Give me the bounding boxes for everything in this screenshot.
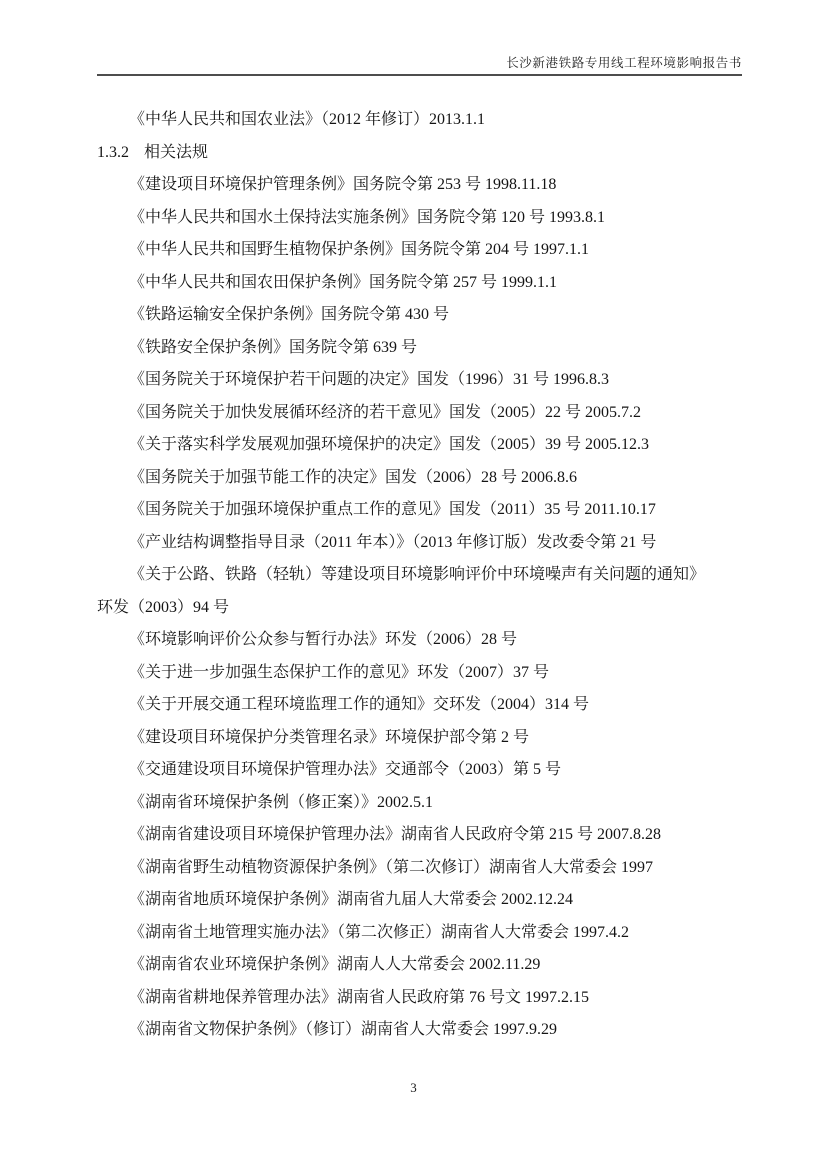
regulation-item: 《关于开展交通工程环境监理工作的通知》交环发（2004）314 号	[97, 689, 742, 722]
regulation-item: 《湖南省土地管理实施办法》（第二次修正）湖南省人大常委会 1997.4.2	[97, 917, 742, 950]
regulation-item: 《关于进一步加强生态保护工作的意见》环发（2007）37 号	[97, 657, 742, 690]
regulation-item: 《中华人民共和国野生植物保护条例》国务院令第 204 号 1997.1.1	[97, 234, 742, 267]
document-body: 《中华人民共和国农业法》（2012 年修订）2013.1.1 1.3.2相关法规…	[97, 104, 742, 1047]
regulation-item: 《湖南省野生动植物资源保护条例》（第二次修订）湖南省人大常委会 1997	[97, 852, 742, 885]
regulation-item: 《关于公路、铁路（轻轨）等建设项目环境影响评价中环境噪声有关问题的通知》	[97, 559, 742, 592]
regulation-item: 《交通建设项目环境保护管理办法》交通部令（2003）第 5 号	[97, 754, 742, 787]
regulation-item: 《国务院关于加强环境保护重点工作的意见》国发（2011）35 号 2011.10…	[97, 494, 742, 527]
section-heading: 1.3.2相关法规	[97, 137, 742, 170]
regulation-item: 《环境影响评价公众参与暂行办法》环发（2006）28 号	[97, 624, 742, 657]
regulation-item: 《湖南省环境保护条例（修正案）》2002.5.1	[97, 787, 742, 820]
regulation-item: 《湖南省农业环境保护条例》湖南人人大常委会 2002.11.29	[97, 949, 742, 982]
header-divider-rule	[97, 74, 742, 76]
regulation-item: 《湖南省建设项目环境保护管理办法》湖南省人民政府令第 215 号 2007.8.…	[97, 819, 742, 852]
regulation-item: 《建设项目环境保护管理条例》国务院令第 253 号 1998.11.18	[97, 169, 742, 202]
document-page: 长沙新港铁路专用线工程环境影响报告书 《中华人民共和国农业法》（2012 年修订…	[0, 0, 827, 1169]
regulation-item: 《国务院关于环境保护若干问题的决定》国发（1996）31 号 1996.8.3	[97, 364, 742, 397]
regulation-item: 《湖南省文物保护条例》（修订）湖南省人大常委会 1997.9.29	[97, 1014, 742, 1047]
header-title: 长沙新港铁路专用线工程环境影响报告书	[97, 53, 742, 71]
regulation-item: 《中华人民共和国农业法》（2012 年修订）2013.1.1	[97, 104, 742, 137]
regulation-item: 《铁路安全保护条例》国务院令第 639 号	[97, 332, 742, 365]
regulation-item: 《铁路运输安全保护条例》国务院令第 430 号	[97, 299, 742, 332]
regulation-item: 《产业结构调整指导目录（2011 年本）》（2013 年修订版）发改委令第 21…	[97, 527, 742, 560]
regulation-item: 《湖南省耕地保养管理办法》湖南省人民政府第 76 号文 1997.2.15	[97, 982, 742, 1015]
regulation-item: 《建设项目环境保护分类管理名录》环境保护部令第 2 号	[97, 722, 742, 755]
section-title: 相关法规	[144, 144, 208, 161]
regulation-item: 《关于落实科学发展观加强环境保护的决定》国发（2005）39 号 2005.12…	[97, 429, 742, 462]
page-number: 3	[0, 1080, 827, 1096]
regulation-item: 《中华人民共和国水土保持法实施条例》国务院令第 120 号 1993.8.1	[97, 202, 742, 235]
section-number: 1.3.2	[97, 144, 129, 161]
regulation-item: 《湖南省地质环境保护条例》湖南省九届人大常委会 2002.12.24	[97, 884, 742, 917]
regulation-item: 《国务院关于加强节能工作的决定》国发（2006）28 号 2006.8.6	[97, 462, 742, 495]
regulation-item: 《国务院关于加快发展循环经济的若干意见》国发（2005）22 号 2005.7.…	[97, 397, 742, 430]
regulation-item-continuation: 环发（2003）94 号	[97, 592, 742, 625]
regulation-item: 《中华人民共和国农田保护条例》国务院令第 257 号 1999.1.1	[97, 267, 742, 300]
